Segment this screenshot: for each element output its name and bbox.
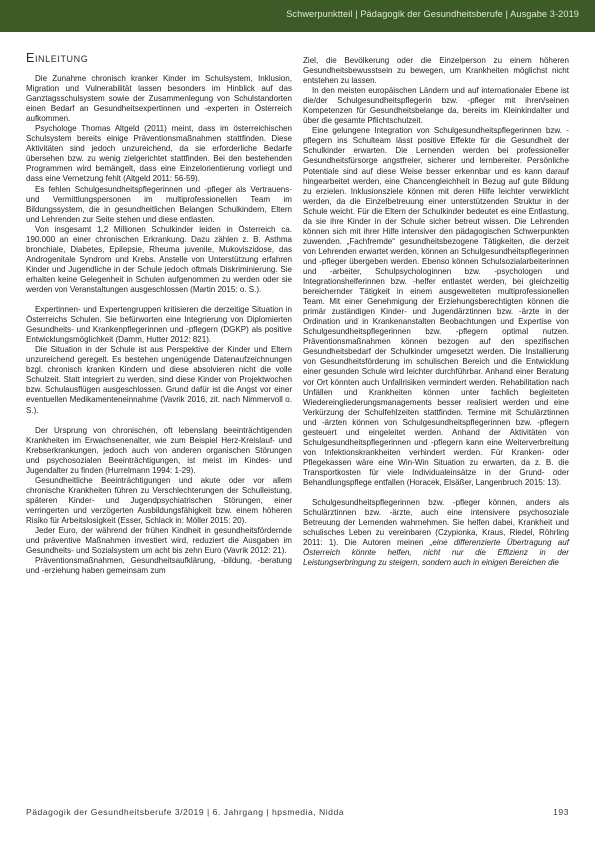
paragraph: Die Zunahme chronisch kranker Kinder im … (26, 74, 292, 124)
paragraph: Von insgesamt 1,2 Millionen Schulkinder … (26, 225, 292, 295)
left-text-column: Die Zunahme chronisch kranker Kinder im … (26, 74, 292, 576)
section-heading: Einleitung (26, 51, 88, 65)
right-text-column: Ziel, die Bevölkerung oder die Einzelper… (303, 56, 569, 568)
page-number: 193 (553, 807, 569, 817)
paragraph: Jeder Euro, der während der frühen Kindh… (26, 526, 292, 556)
paragraph-continued: Ziel, die Bevölkerung oder die Einzelper… (303, 56, 569, 86)
running-header-title: Schwerpunktteil | Pädagogik der Gesundhe… (286, 9, 579, 19)
footer-journal-info: Pädagogik der Gesundheitsberufe 3/2019 |… (26, 807, 344, 817)
paragraph: Es fehlen Schulgesundheitspflegerinnen u… (26, 185, 292, 225)
running-header-band: Schwerpunktteil | Pädagogik der Gesundhe… (0, 0, 595, 32)
paragraph: Gesundheitliche Beeinträchtigungen und a… (26, 476, 292, 526)
paragraph: Schulgesundheitspflegerinnen bzw. -pfleg… (303, 498, 569, 568)
paragraph: Präventionsmaßnahmen, Gesundheitsaufklär… (26, 556, 292, 576)
paragraph: Psychologe Thomas Altgeld (2011) meint, … (26, 124, 292, 184)
paragraph: Die Situation in der Schule ist aus Pers… (26, 345, 292, 415)
paragraph: Der Ursprung von chronischen, oft lebens… (26, 426, 292, 476)
paragraph: Expertinnen- und Expertengruppen kritisi… (26, 305, 292, 345)
paragraph: In den meisten europäischen Ländern und … (303, 86, 569, 126)
paragraph: Eine gelungene Integration von Schulgesu… (303, 126, 569, 488)
